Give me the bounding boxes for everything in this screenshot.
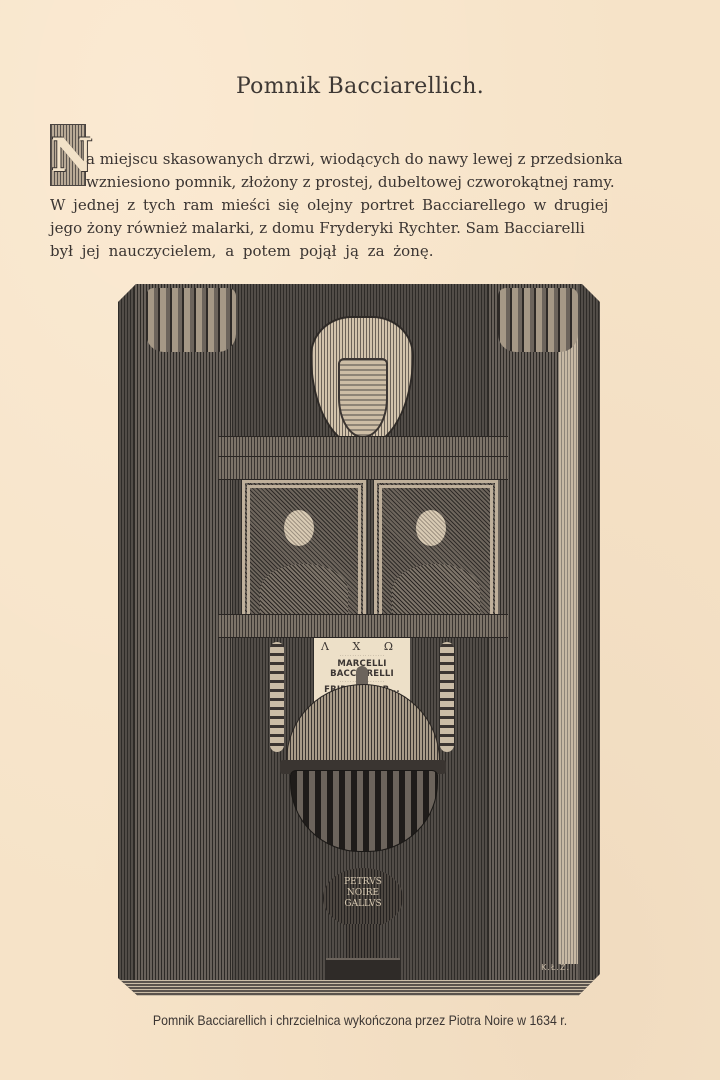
right-garland-ornament <box>440 642 454 752</box>
frame-sill <box>218 614 508 638</box>
paragraph-line-5: był jej nauczycielem, a potem pojął ją z… <box>50 240 675 263</box>
right-capital-ornament <box>498 288 578 352</box>
paragraph-line-1: a miejscu skasowanych drzwi, wiodących d… <box>50 148 675 171</box>
monument-engraving: Λ Χ Ω · · · · · · · · · · · · · · · · · … <box>118 284 600 996</box>
portrait-fryderyka-rychter <box>374 480 498 626</box>
figure-caption: Pomnik Bacciarellich i chrzcielnica wyko… <box>43 1012 677 1028</box>
frame-lintel <box>218 456 508 480</box>
inscription-line-3: GALLVS <box>323 899 403 910</box>
left-garland-ornament <box>270 642 284 752</box>
baptismal-font-bowl <box>290 770 438 852</box>
page-title: Pomnik Bacciarellich. <box>0 74 720 99</box>
inscription-line-1: PETRVS <box>323 877 403 888</box>
portrait-bacciarelli <box>242 480 366 626</box>
inscription-line-2: NOIRE <box>323 888 403 899</box>
coat-of-arms-icon <box>310 316 414 448</box>
paragraph-line-4: jego żony również malarki, z domu Fryder… <box>50 217 675 240</box>
floor-step <box>118 980 600 996</box>
paragraph-line-2: wzniesiono pomnik, złożony z prostej, du… <box>50 171 675 194</box>
left-capital-ornament <box>146 288 236 352</box>
font-stem <box>346 924 380 960</box>
font-base <box>326 958 400 982</box>
font-inscription: PETRVS NOIRE GALLVS <box>323 868 403 928</box>
plaque-glyphs: Λ Χ Ω <box>314 640 410 653</box>
engraver-signature: K.Ł.Z. <box>541 963 570 972</box>
font-lid <box>286 684 440 768</box>
body-paragraph: a miejscu skasowanych drzwi, wiodących d… <box>50 148 675 263</box>
paragraph-line-3: W jednej z tych ram mieści się olejny po… <box>50 194 675 217</box>
